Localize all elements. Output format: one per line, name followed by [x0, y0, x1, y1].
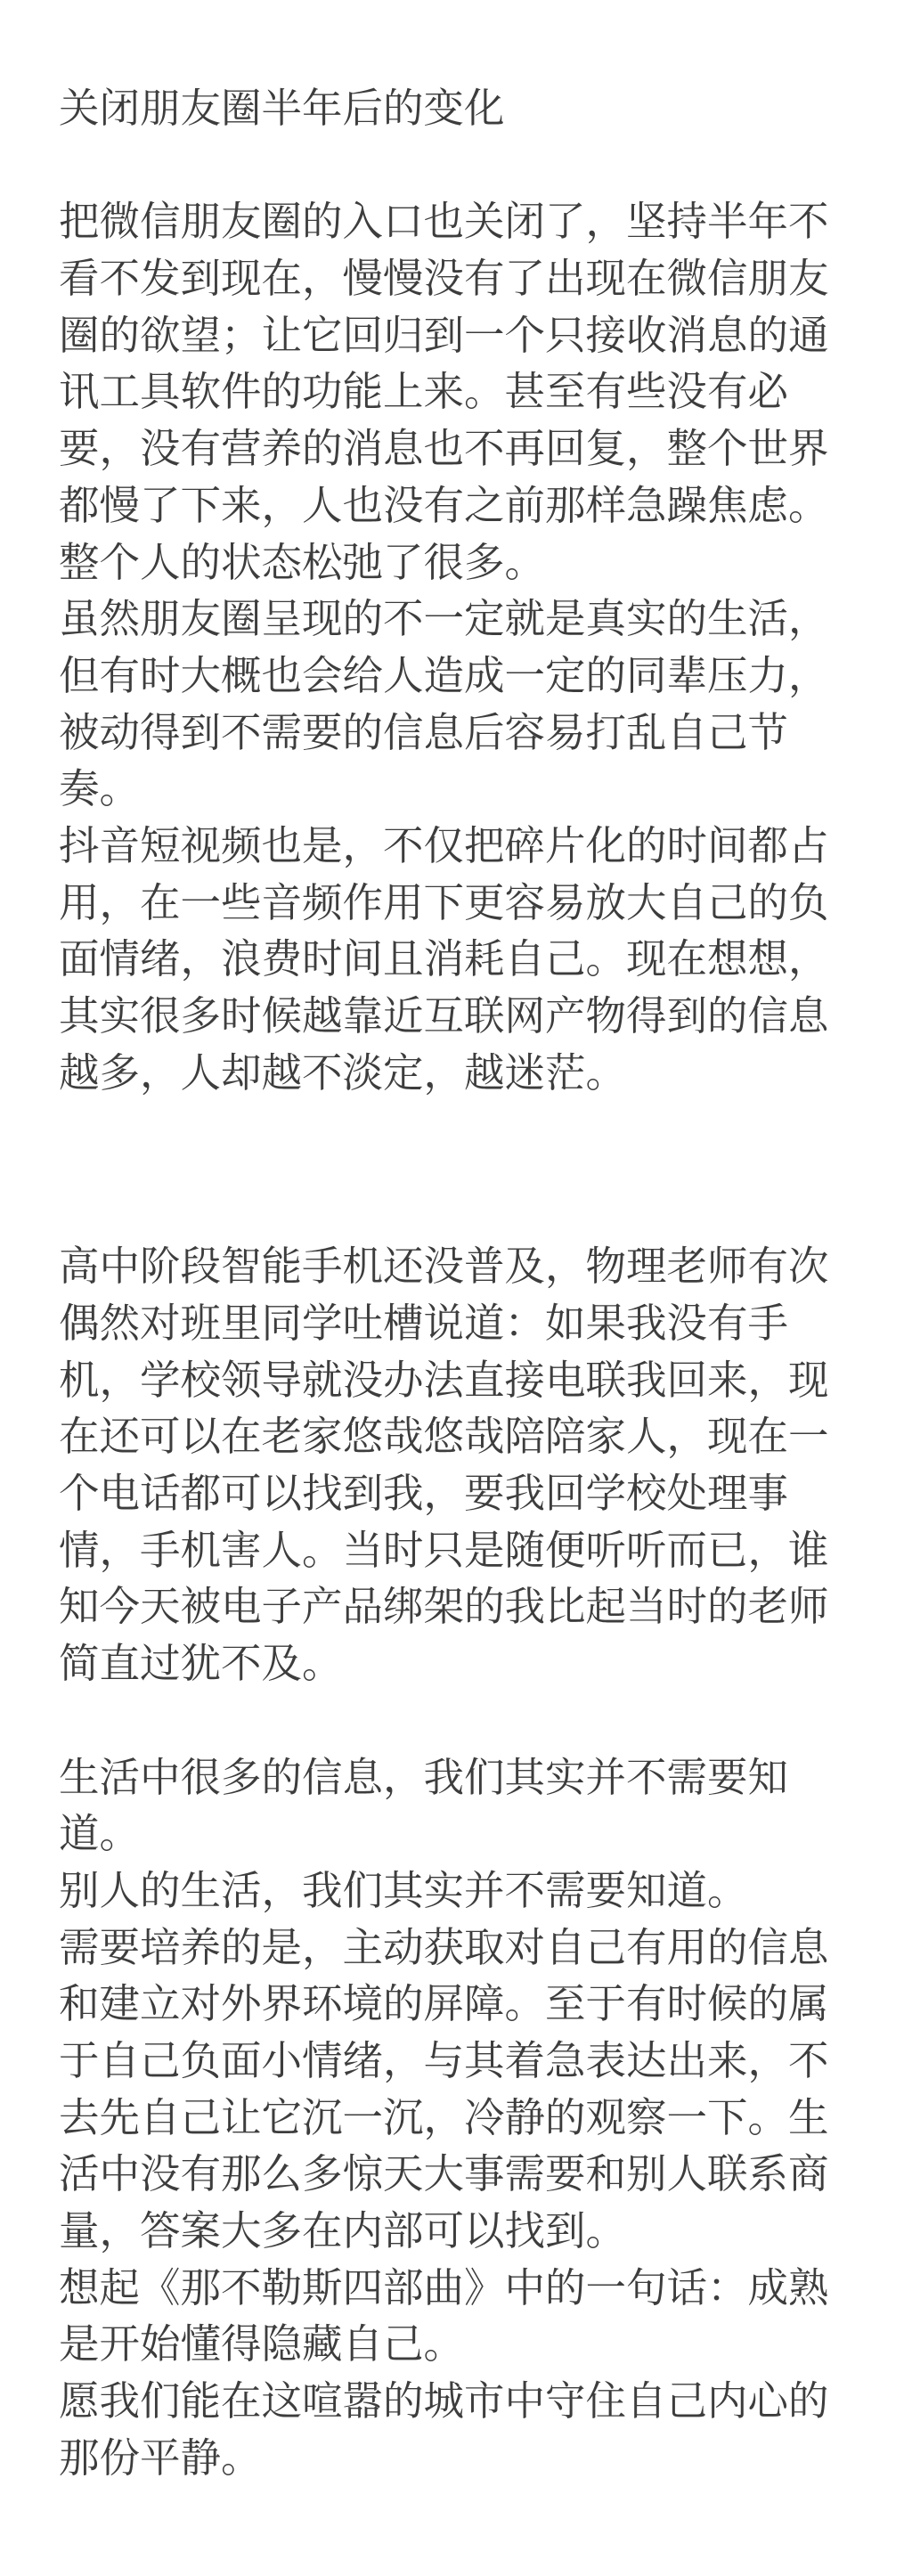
text-line: 量，答案大多在内部可以找到。 — [59, 2203, 860, 2260]
text-line: 偶然对班里同学吐槽说道：如果我没有手 — [59, 1295, 860, 1352]
paragraph-others-lives: 别人的生活，我们其实并不需要知道。 — [59, 1863, 860, 1920]
text-line: 简直过犹不及。 — [59, 1635, 860, 1692]
text-line: 想起《那不勒斯四部曲》中的一句话：成熟 — [59, 2260, 860, 2317]
text-line: 看不发到现在，慢慢没有了出现在微信朋友 — [59, 250, 860, 307]
text-line: 把微信朋友圈的入口也关闭了，坚持半年不 — [59, 193, 860, 250]
section-spacer — [59, 1158, 860, 1238]
text-line: 在还可以在老家悠哉悠哉陪陪家人，现在一 — [59, 1408, 860, 1465]
text-line: 整个人的状态松弛了很多。 — [59, 534, 860, 591]
blank-line — [59, 1692, 860, 1749]
paragraph-closing-moments: 把微信朋友圈的入口也关闭了，坚持半年不 看不发到现在，慢慢没有了出现在微信朋友 … — [59, 193, 860, 591]
text-line: 道。 — [59, 1806, 860, 1863]
text-line: 生活中很多的信息，我们其实并不需要知 — [59, 1749, 860, 1806]
paragraph-short-video: 抖音短视频也是，不仅把碎片化的时间都占 用，在一些音频作用下更容易放大自己的负 … — [59, 818, 860, 1101]
text-line: 抖音短视频也是，不仅把碎片化的时间都占 — [59, 818, 860, 875]
text-line: 面情绪，浪费时间且消耗自己。现在想想， — [59, 931, 860, 988]
paragraph-cultivate: 需要培养的是，主动获取对自己有用的信息 和建立对外界环境的屏障。至于有时候的属 … — [59, 1920, 860, 2260]
text-line: 那份平静。 — [59, 2430, 860, 2487]
paragraph-closing-wish: 愿我们能在这喧嚣的城市中守住自己内心的 那份平静。 — [59, 2373, 860, 2486]
text-line: 情，手机害人。当时只是随便听听而已，谁 — [59, 1522, 860, 1579]
paragraph-quote: 想起《那不勒斯四部曲》中的一句话：成熟 是开始懂得隐藏自己。 — [59, 2260, 860, 2373]
text-line: 高中阶段智能手机还没普及，物理老师有次 — [59, 1238, 860, 1295]
paragraph-peer-pressure: 虽然朋友圈呈现的不一定就是真实的生活， 但有时大概也会给人造成一定的同辈压力， … — [59, 591, 860, 818]
text-line: 活中没有那么多惊天大事需要和别人联系商 — [59, 2146, 860, 2203]
text-line: 需要培养的是，主动获取对自己有用的信息 — [59, 1920, 860, 1977]
text-line: 奏。 — [59, 761, 860, 818]
text-line: 越多，人却越不淡定，越迷茫。 — [59, 1045, 860, 1102]
text-line: 用，在一些音频作用下更容易放大自己的负 — [59, 875, 860, 932]
text-line: 和建立对外界环境的屏障。至于有时候的属 — [59, 1976, 860, 2033]
section-high-school-memory: 高中阶段智能手机还没普及，物理老师有次 偶然对班里同学吐槽说道：如果我没有手 机… — [59, 1238, 860, 1692]
note-title: 关闭朋友圈半年后的变化 — [59, 80, 860, 137]
blank-line — [59, 137, 860, 194]
paragraph-information: 生活中很多的信息，我们其实并不需要知 道。 — [59, 1749, 860, 1863]
text-line: 圈的欲望；让它回归到一个只接收消息的通 — [59, 307, 860, 364]
text-line: 但有时大概也会给人造成一定的同辈压力， — [59, 648, 860, 705]
text-line: 虽然朋友圈呈现的不一定就是真实的生活， — [59, 591, 860, 648]
text-line: 要，没有营养的消息也不再回复，整个世界 — [59, 420, 860, 477]
text-line: 是开始懂得隐藏自己。 — [59, 2316, 860, 2373]
section-wechat-moments: 把微信朋友圈的入口也关闭了，坚持半年不 看不发到现在，慢慢没有了出现在微信朋友 … — [59, 193, 860, 1101]
paragraph-physics-teacher: 高中阶段智能手机还没普及，物理老师有次 偶然对班里同学吐槽说道：如果我没有手 机… — [59, 1238, 860, 1692]
text-line: 愿我们能在这喧嚣的城市中守住自己内心的 — [59, 2373, 860, 2430]
text-line: 知今天被电子产品绑架的我比起当时的老师 — [59, 1578, 860, 1635]
note-document: 关闭朋友圈半年后的变化 把微信朋友圈的入口也关闭了，坚持半年不 看不发到现在，慢… — [59, 80, 860, 2486]
text-line: 其实很多时候越靠近互联网产物得到的信息 — [59, 988, 860, 1045]
text-line: 去先自己让它沉一沉，冷静的观察一下。生 — [59, 2090, 860, 2147]
text-line: 别人的生活，我们其实并不需要知道。 — [59, 1863, 860, 1920]
text-line: 个电话都可以找到我，要我回学校处理事 — [59, 1465, 860, 1522]
text-line: 机，学校领导就没办法直接电联我回来，现 — [59, 1352, 860, 1409]
text-line: 讯工具软件的功能上来。甚至有些没有必 — [59, 363, 860, 420]
text-line: 都慢了下来，人也没有之前那样急躁焦虑。 — [59, 477, 860, 534]
text-line: 于自己负面小情绪，与其着急表达出来，不 — [59, 2033, 860, 2090]
blank-line — [59, 1101, 860, 1158]
section-reflection: 生活中很多的信息，我们其实并不需要知 道。 别人的生活，我们其实并不需要知道。 … — [59, 1749, 860, 2487]
text-line: 被动得到不需要的信息后容易打乱自己节 — [59, 705, 860, 762]
